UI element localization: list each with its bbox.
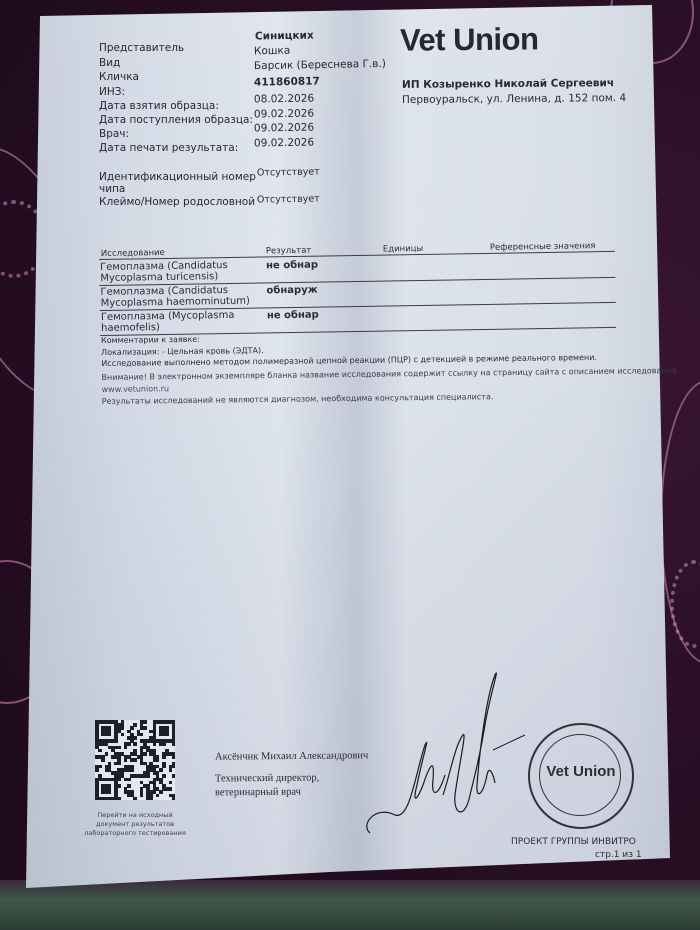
value-chip: Отсутствует bbox=[257, 166, 320, 178]
qr-caption-line1: Перейти на исходный bbox=[82, 811, 188, 820]
label-doctor: Врач: bbox=[99, 128, 129, 140]
test-name-line2: Mycoplasma turicensis) bbox=[100, 271, 218, 284]
label-pedigree: Клеймо/Номер родословной bbox=[99, 196, 255, 208]
value-pet-name: Барсик (Береснева Г.в.) bbox=[254, 58, 386, 72]
qr-caption: Перейти на исходный документ результатов… bbox=[82, 811, 188, 838]
comments-notice: Внимание! В электронном экземпляре бланк… bbox=[101, 366, 679, 382]
clinic-address: Первоуральск, ул. Ленина, д. 152 пом. 4 bbox=[402, 92, 626, 106]
label-species: Вид bbox=[99, 57, 120, 69]
test-name-line1: Гемоплазма (Mycoplasma bbox=[101, 310, 235, 323]
comments-title: Комментарии к заявке: bbox=[101, 335, 200, 345]
header-units: Единицы bbox=[383, 244, 424, 255]
vet-union-stamp: Vet Union bbox=[528, 723, 634, 829]
stamp-logo: Vet Union bbox=[530, 763, 632, 780]
value-received-date: 09.02.2026 bbox=[254, 107, 314, 120]
test-result: не обнар bbox=[266, 260, 318, 272]
value-doctor: 09.02.2026 bbox=[254, 121, 314, 134]
owner-value: Синицких bbox=[255, 29, 314, 42]
clinic-company: ИП Козыренко Николай Сергеевич bbox=[402, 77, 614, 91]
test-name-line2: haemofelis) bbox=[101, 322, 160, 334]
website-link[interactable]: www.vetunion.ru bbox=[102, 384, 170, 394]
test-result: не обнар bbox=[267, 310, 319, 322]
project-label: ПРОЕКТ ГРУППЫ ИНВИТРО bbox=[511, 837, 636, 847]
test-name-line2: Mycoplasma haemominutum) bbox=[101, 296, 250, 309]
handwritten-signature bbox=[355, 655, 535, 845]
label-chip-line2: чипа bbox=[99, 183, 125, 195]
label-inz: ИНЗ: bbox=[99, 86, 125, 98]
lab-report: Vet Union ИП Козыренко Николай Сергеевич… bbox=[0, 0, 700, 930]
signer-title-line1: Технический директор, bbox=[215, 773, 319, 785]
label-chip-line1: Идентификационный номер bbox=[99, 171, 256, 183]
qr-code[interactable] bbox=[95, 720, 175, 800]
value-print-date: 09.02.2026 bbox=[254, 136, 314, 149]
label-print-date: Дата печати результата: bbox=[99, 142, 238, 154]
label-received-date: Дата поступления образца: bbox=[99, 114, 253, 126]
value-species: Кошка bbox=[254, 45, 290, 58]
comments-disclaimer: Результаты исследований не являются диаг… bbox=[102, 392, 494, 406]
value-pedigree: Отсутствует bbox=[257, 193, 320, 205]
test-result: обнаруж bbox=[266, 285, 317, 297]
qr-caption-line3: лабораторного тестирования bbox=[82, 829, 188, 838]
qr-caption-line2: документ результатов bbox=[82, 820, 188, 829]
label-pet-name: Кличка bbox=[99, 71, 139, 83]
label-sample-date: Дата взятия образца: bbox=[99, 100, 219, 112]
label-representative: Представитель bbox=[99, 42, 184, 54]
table-header-rule bbox=[99, 251, 615, 260]
comments-localization: Локализация: - Цельная кровь (ЭДТА). bbox=[101, 346, 264, 357]
vet-union-logo: Vet Union bbox=[400, 21, 539, 58]
value-inz: 411860817 bbox=[254, 75, 320, 88]
signer-title-line2: ветеринарный врач bbox=[215, 787, 301, 799]
page-number: стр.1 из 1 bbox=[595, 850, 642, 860]
value-sample-date: 08.02.2026 bbox=[254, 92, 314, 105]
signer-name: Аксёнчик Михаил Александрович bbox=[215, 750, 368, 762]
